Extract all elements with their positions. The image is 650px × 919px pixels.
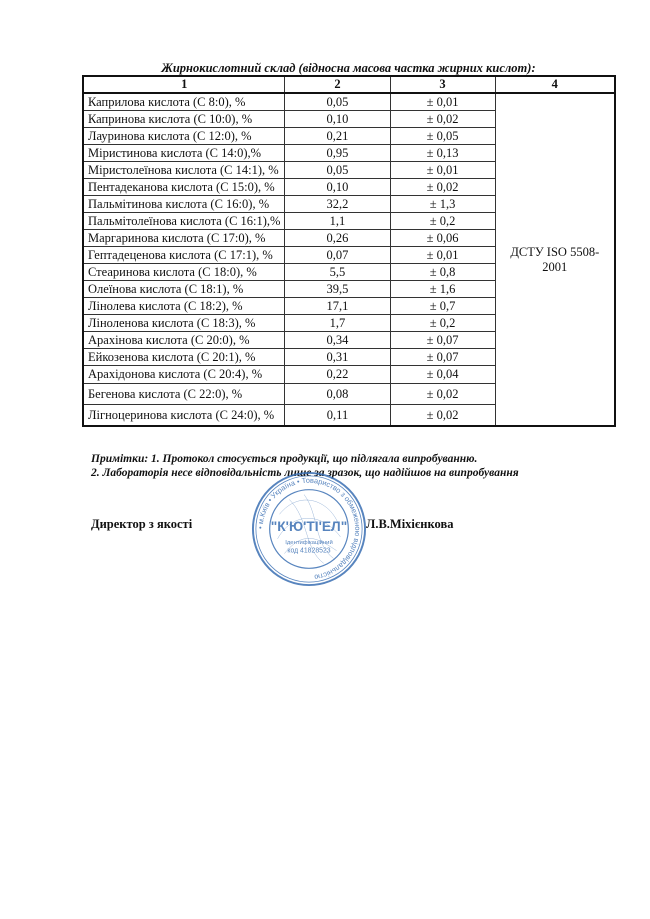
acid-error-cell: ± 0,8 bbox=[390, 264, 495, 281]
acid-error-cell: ± 0,2 bbox=[390, 213, 495, 230]
acid-error-cell: ± 0,01 bbox=[390, 93, 495, 111]
acid-name-cell: Ейкозенова кислота (С 20:1), % bbox=[83, 349, 285, 366]
acid-error-cell: ± 0,7 bbox=[390, 298, 495, 315]
acid-name-cell: Міристолеїнова кислота (С 14:1), % bbox=[83, 162, 285, 179]
acid-name-cell: Лігноцеринова кислота (С 24:0), % bbox=[83, 405, 285, 427]
stamp-center-text: "К'Ю'ТІ'ЕЛ" bbox=[271, 519, 347, 534]
acid-value-cell: 0,10 bbox=[285, 111, 390, 128]
column-header-4: 4 bbox=[495, 76, 615, 93]
acid-value-cell: 0,07 bbox=[285, 247, 390, 264]
company-stamp: • м.Київ • Україна • Товариство з обмеже… bbox=[250, 470, 368, 588]
acid-error-cell: ± 0,02 bbox=[390, 179, 495, 196]
fatty-acid-table: 1 2 3 4 Каприлова кислота (С 8:0), %0,05… bbox=[82, 75, 616, 427]
acid-value-cell: 5,5 bbox=[285, 264, 390, 281]
signatory-role: Директор з якості bbox=[91, 517, 192, 532]
acid-value-cell: 0,11 bbox=[285, 405, 390, 427]
column-header-1: 1 bbox=[83, 76, 285, 93]
acid-name-cell: Пальмітолеїнова кислота (С 16:1),% bbox=[83, 213, 285, 230]
acid-name-cell: Лінолева кислота (С 18:2), % bbox=[83, 298, 285, 315]
acid-value-cell: 0,22 bbox=[285, 366, 390, 384]
acid-value-cell: 0,31 bbox=[285, 349, 390, 366]
acid-value-cell: 32,2 bbox=[285, 196, 390, 213]
acid-name-cell: Маргаринова кислота (С 17:0), % bbox=[83, 230, 285, 247]
table-body: Каприлова кислота (С 8:0), %0,05± 0,01ДС… bbox=[83, 93, 615, 426]
acid-value-cell: 0,05 bbox=[285, 93, 390, 111]
table-caption: Жирнокислотний склад (відносна масова ча… bbox=[82, 61, 615, 75]
acid-error-cell: ± 0,01 bbox=[390, 247, 495, 264]
table-header-row: 1 2 3 4 bbox=[83, 76, 615, 93]
acid-value-cell: 1,7 bbox=[285, 315, 390, 332]
acid-name-cell: Гептадеценова кислота (С 17:1), % bbox=[83, 247, 285, 264]
acid-name-cell: Міристинова кислота (С 14:0),% bbox=[83, 145, 285, 162]
acid-value-cell: 0,95 bbox=[285, 145, 390, 162]
acid-error-cell: ± 0,04 bbox=[390, 366, 495, 384]
acid-value-cell: 1,1 bbox=[285, 213, 390, 230]
note-1: Примітки: 1. Протокол стосується продукц… bbox=[91, 452, 519, 466]
acid-error-cell: ± 0,2 bbox=[390, 315, 495, 332]
stamp-code-text: код 41828523 bbox=[287, 548, 330, 555]
acid-name-cell: Капринова кислота (С 10:0), % bbox=[83, 111, 285, 128]
test-method-cell: ДСТУ ISO 5508-2001 bbox=[495, 93, 615, 426]
acid-error-cell: ± 0,07 bbox=[390, 332, 495, 349]
acid-value-cell: 0,08 bbox=[285, 384, 390, 405]
acid-name-cell: Пентадеканова кислота (С 15:0), % bbox=[83, 179, 285, 196]
acid-error-cell: ± 0,06 bbox=[390, 230, 495, 247]
column-header-3: 3 bbox=[390, 76, 495, 93]
acid-value-cell: 0,21 bbox=[285, 128, 390, 145]
acid-value-cell: 0,26 bbox=[285, 230, 390, 247]
acid-name-cell: Бегенова кислота (С 22:0), % bbox=[83, 384, 285, 405]
acid-error-cell: ± 0,05 bbox=[390, 128, 495, 145]
stamp-sub-text: Ідентифікаційний bbox=[285, 539, 333, 546]
acid-error-cell: ± 1,3 bbox=[390, 196, 495, 213]
column-header-2: 2 bbox=[285, 76, 390, 93]
acid-error-cell: ± 0,02 bbox=[390, 384, 495, 405]
acid-name-cell: Каприлова кислота (С 8:0), % bbox=[83, 93, 285, 111]
acid-error-cell: ± 1,6 bbox=[390, 281, 495, 298]
acid-value-cell: 17,1 bbox=[285, 298, 390, 315]
acid-value-cell: 0,34 bbox=[285, 332, 390, 349]
acid-name-cell: Стеаринова кислота (С 18:0), % bbox=[83, 264, 285, 281]
acid-name-cell: Пальмітинова кислота (С 16:0), % bbox=[83, 196, 285, 213]
acid-error-cell: ± 0,02 bbox=[390, 111, 495, 128]
table-row: Каприлова кислота (С 8:0), %0,05± 0,01ДС… bbox=[83, 93, 615, 111]
acid-error-cell: ± 0,01 bbox=[390, 162, 495, 179]
signatory-name: Л.В.Міхієнкова bbox=[366, 517, 453, 532]
acid-value-cell: 39,5 bbox=[285, 281, 390, 298]
acid-name-cell: Ліноленова кислота (С 18:3), % bbox=[83, 315, 285, 332]
acid-value-cell: 0,05 bbox=[285, 162, 390, 179]
acid-name-cell: Арахінова кислота (С 20:0), % bbox=[83, 332, 285, 349]
acid-name-cell: Арахідонова кислота (С 20:4), % bbox=[83, 366, 285, 384]
acid-error-cell: ± 0,02 bbox=[390, 405, 495, 427]
acid-name-cell: Лауринова кислота (С 12:0), % bbox=[83, 128, 285, 145]
acid-name-cell: Олеїнова кислота (С 18:1), % bbox=[83, 281, 285, 298]
acid-error-cell: ± 0,13 bbox=[390, 145, 495, 162]
acid-error-cell: ± 0,07 bbox=[390, 349, 495, 366]
acid-value-cell: 0,10 bbox=[285, 179, 390, 196]
